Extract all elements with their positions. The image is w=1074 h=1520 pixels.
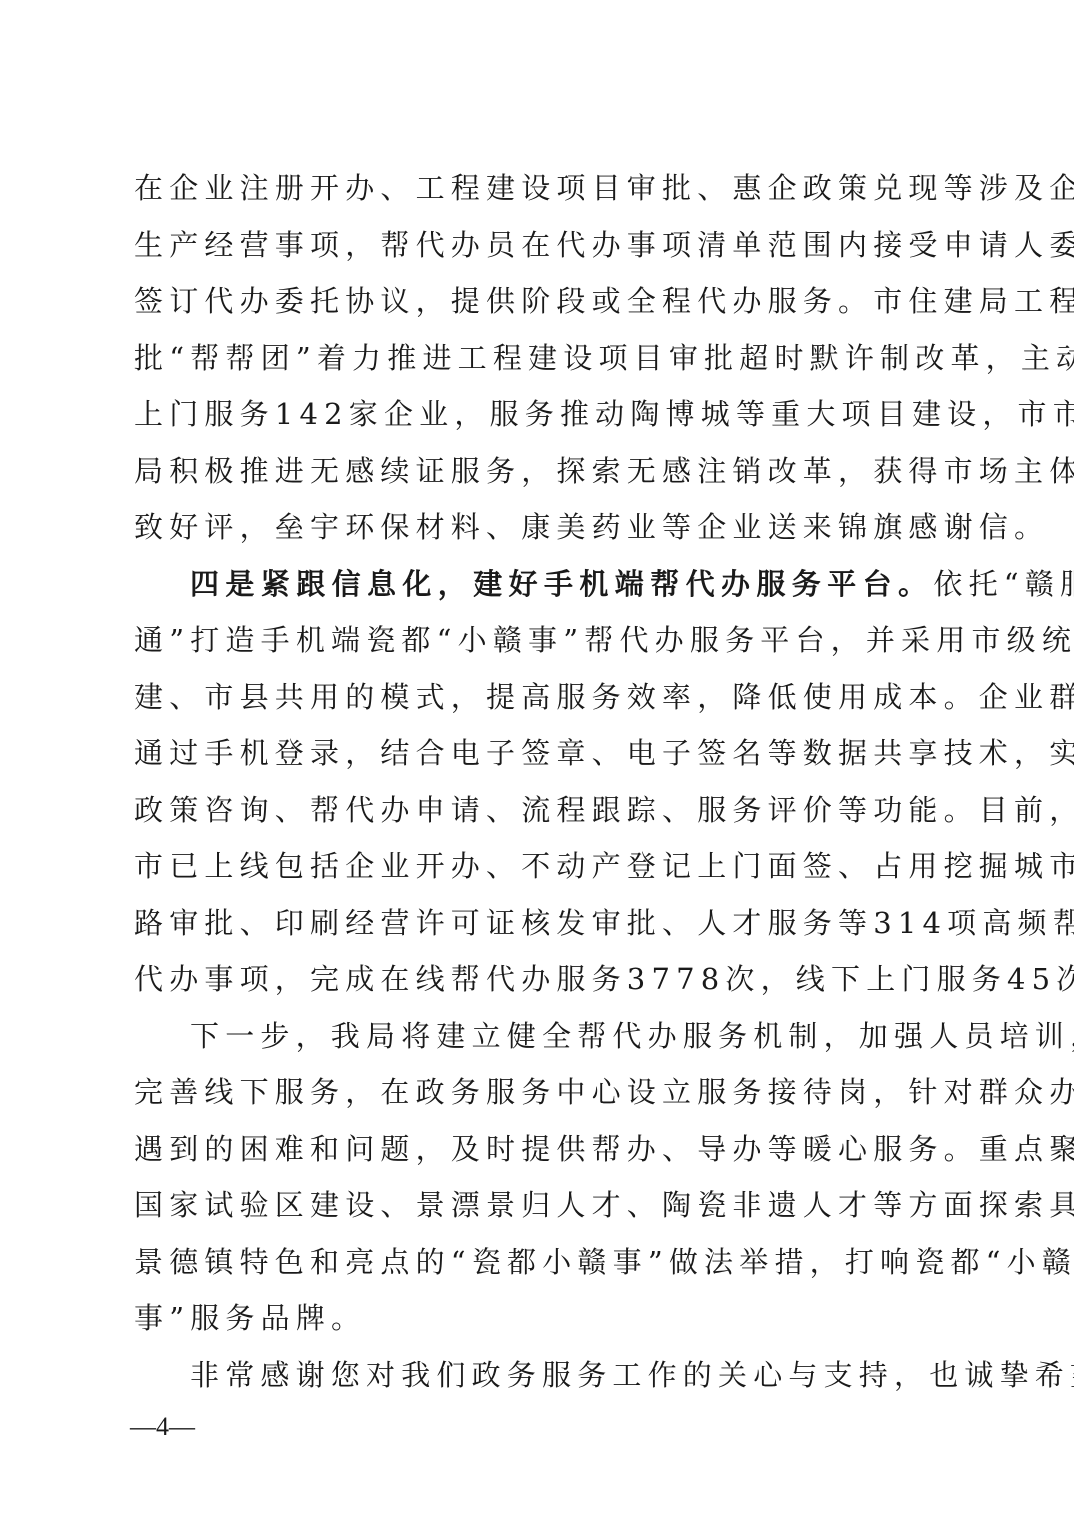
text-line: 致好评，垒宇环保材料、康美药业等企业送来锦旗感谢信。 bbox=[134, 510, 964, 544]
text-line: 通”打造手机端瓷都“小赣事”帮代办服务平台，并采用市级统 bbox=[134, 623, 964, 657]
text-line: 生产经营事项，帮代办员在代办事项清单范围内接受申请人委托， bbox=[134, 228, 964, 262]
text-line: 事”服务品牌。 bbox=[134, 1301, 964, 1335]
text-line: 景德镇特色和亮点的“瓷都小赣事”做法举措，打响瓷都“小赣 bbox=[134, 1245, 964, 1279]
text-line: 完善线下服务，在政务服务中心设立服务接待岗，针对群众办事 bbox=[134, 1075, 964, 1109]
section-heading-line: 四是紧跟信息化，建好手机端帮代办服务平台。依托“赣服 bbox=[190, 567, 1020, 601]
text-line: 遇到的困难和问题，及时提供帮办、导办等暖心服务。重点聚焦 bbox=[134, 1132, 964, 1166]
text-line: 政策咨询、帮代办申请、流程跟踪、服务评价等功能。目前，全 bbox=[134, 793, 964, 827]
page-number: —4— bbox=[130, 1412, 195, 1442]
text-line: 上门服务142家企业，服务推动陶博城等重大项目建设，市市监 bbox=[134, 397, 964, 431]
text-line: 市已上线包括企业开办、不动产登记上门面签、占用挖掘城市道 bbox=[134, 849, 964, 883]
text-line: 局积极推进无感续证服务，探索无感注销改革，获得市场主体一 bbox=[134, 454, 964, 488]
document-page: 在企业注册开办、工程建设项目审批、惠企政策兑现等涉及企业 生产经营事项，帮代办员… bbox=[0, 0, 1074, 1520]
section-heading: 四是紧跟信息化，建好手机端帮代办服务平台。 bbox=[190, 567, 933, 601]
text-line: 通过手机登录，结合电子签章、电子签名等数据共享技术，实现 bbox=[134, 736, 964, 770]
paragraph-start-line: 非常感谢您对我们政务服务工作的关心与支持，也诚挚希望 bbox=[190, 1358, 1020, 1392]
text-line: 代办事项，完成在线帮代办服务3778次，线下上门服务45次。 bbox=[134, 962, 964, 996]
text-line: 路审批、印刷经营许可证核发审批、人才服务等314项高频帮办 bbox=[134, 906, 964, 940]
paragraph-start-line: 下一步，我局将建立健全帮代办服务机制，加强人员培训， bbox=[190, 1019, 1020, 1053]
text-line: 国家试验区建设、景漂景归人才、陶瓷非遗人才等方面探索具有 bbox=[134, 1188, 964, 1222]
text-line: 建、市县共用的模式，提高服务效率，降低使用成本。企业群众 bbox=[134, 680, 964, 714]
text-line: 签订代办委托协议，提供阶段或全程代办服务。市住建局工程审 bbox=[134, 284, 964, 318]
text-line: 在企业注册开办、工程建设项目审批、惠企政策兑现等涉及企业 bbox=[134, 171, 964, 205]
heading-continuation: 依托“赣服 bbox=[933, 567, 1074, 601]
text-line: 批“帮帮团”着力推进工程建设项目审批超时默许制改革，主动 bbox=[134, 341, 964, 375]
